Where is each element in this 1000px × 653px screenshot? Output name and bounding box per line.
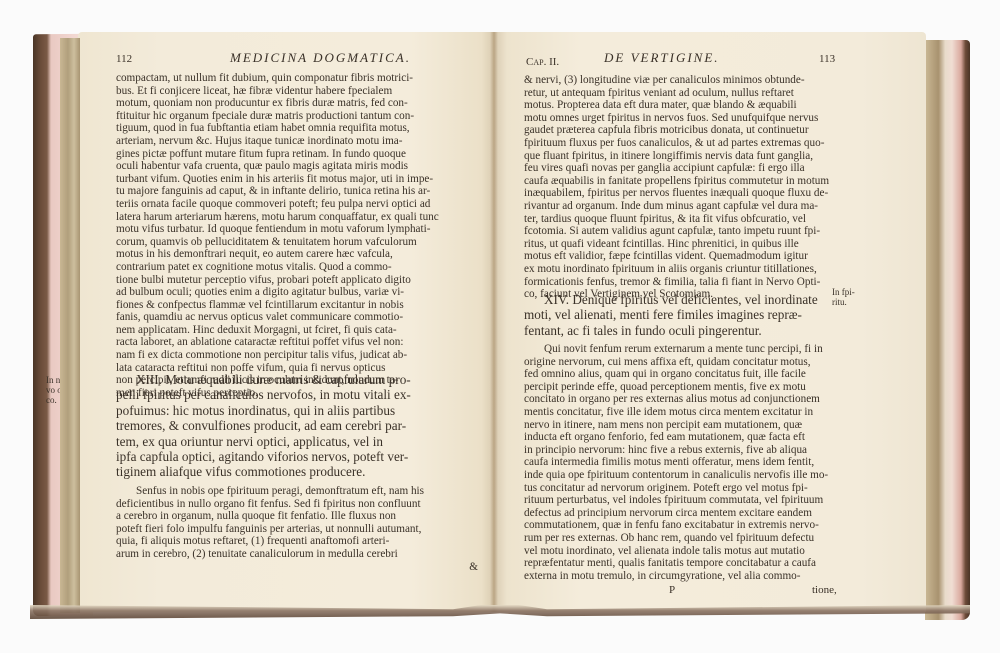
body-text-bottom: Senfus in nobis ope fpirituum peragi, de… [116, 485, 478, 561]
running-head: MEDICINA DOGMATICA. [230, 50, 411, 66]
text-line: fed omnino alius, quam qui in organo con… [524, 368, 842, 381]
text-line: a cerebro in organum, nulla quoque fit f… [116, 510, 478, 523]
section-line: fentant, ac fi tales in fundo oculi ping… [524, 323, 842, 338]
text-line: origine nervorum, cui mens affixa eft, q… [524, 356, 842, 369]
body-text-top: compactam, ut nullum fit dubium, quin co… [116, 72, 478, 399]
left-page: 112 MEDICINA DOGMATICA. compactam, ut nu… [78, 32, 494, 612]
text-line: rituum perturbatus, vel indoles fpirituu… [524, 494, 842, 507]
text-line: compactam, ut nullum fit dubium, quin co… [116, 72, 478, 85]
text-line: turbant vifum. Quoties enim in his arter… [116, 173, 478, 186]
text-line: gines pictæ poffunt mutare fitum fupra r… [116, 148, 478, 161]
text-line: arum in cerebro, (2) tenuitate canalicul… [116, 548, 478, 561]
body-text-top: & nervi, (3) longitudine viæ per canalic… [524, 74, 842, 301]
catchword: tione, [812, 584, 837, 596]
chapter-label: Cap. II. [526, 56, 559, 68]
text-line: fiones & confpectus flammæ vel fcintilla… [116, 299, 478, 312]
text-line: Senfus in nobis ope fpirituum peragi, de… [116, 485, 478, 498]
text-line: motu vifus turbatur. Id quoque fentiendu… [116, 223, 478, 236]
text-line: rum per res externas. Ob hanc rem, quand… [524, 532, 842, 545]
text-line: tiguum, quod in fua fubftantia etiam hab… [116, 122, 478, 135]
text-line: repræfentatur menti, qualis fanitatis te… [524, 557, 842, 570]
section-line: tem, ex qua oriuntur nervi optici, appli… [116, 434, 478, 449]
text-line: quia, fi aliquis motus reftaret, (1) fre… [116, 535, 478, 548]
section-line: pofuimus: hic motus inordinatus, qui in … [116, 403, 478, 418]
text-line: vel motu inordinato, vel alienata indole… [524, 545, 842, 558]
text-line: motum, quoniam non producuntur ex fibris… [116, 97, 478, 110]
text-line: poteft fieri folo impulfu fanguinis per … [116, 523, 478, 536]
left-page-edges [60, 38, 80, 613]
text-line: inducta eft organo fenforio, fed eam mut… [524, 431, 842, 444]
text-line: caufa æquabilis in fanitate propellens f… [524, 175, 842, 188]
text-line: tu majore fanguinis ad caput, & in infta… [116, 185, 478, 198]
text-line: gaudet præterea capfula fibris motricibu… [524, 124, 842, 137]
text-line: deficientibus in nullo organo fit fenfus… [116, 498, 478, 511]
margin-note-line: In fpi- [832, 287, 855, 297]
running-head: DE VERTIGINE. [604, 50, 720, 66]
text-line: caufa intermedia fimilis motus menti off… [524, 456, 842, 469]
text-line: mentis concitatur, five ille idem motus … [524, 406, 842, 419]
margin-note-line: ritu. [832, 297, 855, 307]
text-line: contrarium patet ex cognitione motus vit… [116, 261, 478, 274]
text-line: racta laboret, an ablatione cataractæ re… [116, 336, 478, 349]
section-line: moti, vel alienati, menti fere fimiles i… [524, 307, 842, 322]
text-line: formicationis fenfus, tremor & fimilia, … [524, 276, 842, 289]
page-number: 113 [819, 53, 835, 65]
section-line: XIV. Denique fpiritus vel deficientes, v… [524, 292, 842, 307]
right-page: Cap. II. DE VERTIGINE. 113 & nervi, (3) … [494, 32, 926, 612]
text-line: ftituitur hic organum fpeciale duræ matr… [116, 110, 478, 123]
section-line: ipfa capfula optici, agitando viforios n… [116, 449, 478, 464]
section-line: pelli fpiritus per canaliculos nervofos,… [116, 387, 478, 402]
signature-mark: P [669, 584, 675, 596]
text-line: bus. Et fi conjicere liceat, hæ fibræ vi… [116, 85, 478, 98]
text-line: & nervi, (3) longitudine viæ per canalic… [524, 74, 842, 87]
right-cover-binding [925, 40, 970, 620]
text-line: ad bulbum oculi; quoties enim a digito a… [116, 286, 478, 299]
page-number: 112 [116, 53, 132, 65]
text-line: concitato in organo per res externas ali… [524, 393, 842, 406]
text-line: nam fi ex dicta commotione non percipitu… [116, 349, 478, 362]
text-line: inæquabilem, fpiritus per nervos fluente… [524, 187, 842, 200]
text-line: nervo in itinere, nam mens non percipit … [524, 419, 842, 432]
text-line: nem applicatam. Hinc deduxit Morgagni, u… [116, 324, 478, 337]
text-line: tus concitatur ad nervorum originem. Pot… [524, 482, 842, 495]
margin-note-xiv: In fpi-ritu. [832, 287, 855, 307]
text-line: arteriam, nervum &c. Hujus itaque tunicæ… [116, 135, 478, 148]
gutter [490, 32, 498, 612]
text-line: inde quia ope fpirituum contentorum in c… [524, 469, 842, 482]
text-line: latera harum arteriarum hærens, motu har… [116, 211, 478, 224]
text-line: defectus ad principium nervorum circa me… [524, 507, 842, 520]
text-line: corum, quamvis ob pelluciditatem & tenui… [116, 236, 478, 249]
text-line: ex motu inordinato fpirituum in aliis or… [524, 263, 842, 276]
text-line: oculi habentur vafa cruenta, quæ paulo m… [116, 160, 478, 173]
text-line: percipit perinde effe, quoad perceptione… [524, 381, 842, 394]
section-xiv: XIV. Denique fpiritus vel deficientes, v… [524, 292, 842, 338]
section-xiii: XIII. Motu æquabili duræ matris & capful… [116, 372, 478, 480]
text-line: fpirituum fluxus per fuos canaliculos, &… [524, 137, 842, 150]
text-line: retur, ut antequam fpiritus veniant ad o… [524, 87, 842, 100]
text-line: motu omnes urget fpiritus in nervos fuos… [524, 112, 842, 125]
text-line: rivantur ad organum. Inde dum minus agan… [524, 200, 842, 213]
text-line: ter, tardius quoque fluunt fpiritus, & i… [524, 213, 842, 226]
open-book: 112 MEDICINA DOGMATICA. compactam, ut nu… [0, 0, 1000, 653]
body-text-bottom: Qui novit fenfum rerum externarum a ment… [524, 343, 842, 582]
text-line: fanis, quamdiu ac nervus opticus valet c… [116, 311, 478, 324]
text-line: commutationem, quæ in fenfu fano excitab… [524, 519, 842, 532]
text-line: motus in his demonftrari nequit, eo aute… [116, 248, 478, 261]
text-line: que fluant fpiritus, in itinere longiffi… [524, 150, 842, 163]
section-line: tremores, & convulfiones producit, ad ea… [116, 418, 478, 433]
text-line: ritus, ut quafi videant fcintillas. Hinc… [524, 238, 842, 251]
text-line: externa in motu tremulo, in circumgyrati… [524, 570, 842, 583]
bottom-binding-edge [30, 605, 970, 619]
text-line: in principio nervorum: hinc five a rebus… [524, 444, 842, 457]
section-line: XIII. Motu æquabili duræ matris & capful… [116, 372, 478, 387]
text-line: Qui novit fenfum rerum externarum a ment… [524, 343, 842, 356]
text-line: feu vires quafi novas per ganglia accipi… [524, 162, 842, 175]
text-line: fcotomia. Si autem validius agunt capful… [524, 225, 842, 238]
catchword: & [116, 561, 478, 574]
text-line: motus eft validior, fæpe fcintillas vide… [524, 250, 842, 263]
text-line: tione bulbi mutetur perceptio vifus, pro… [116, 274, 478, 287]
section-line: tiginem aliafque vifus commotiones produ… [116, 464, 478, 479]
text-line: motus. Propterea data eft dura mater, qu… [524, 99, 842, 112]
text-line: teriis ornata facile quoque commoveri po… [116, 198, 478, 211]
